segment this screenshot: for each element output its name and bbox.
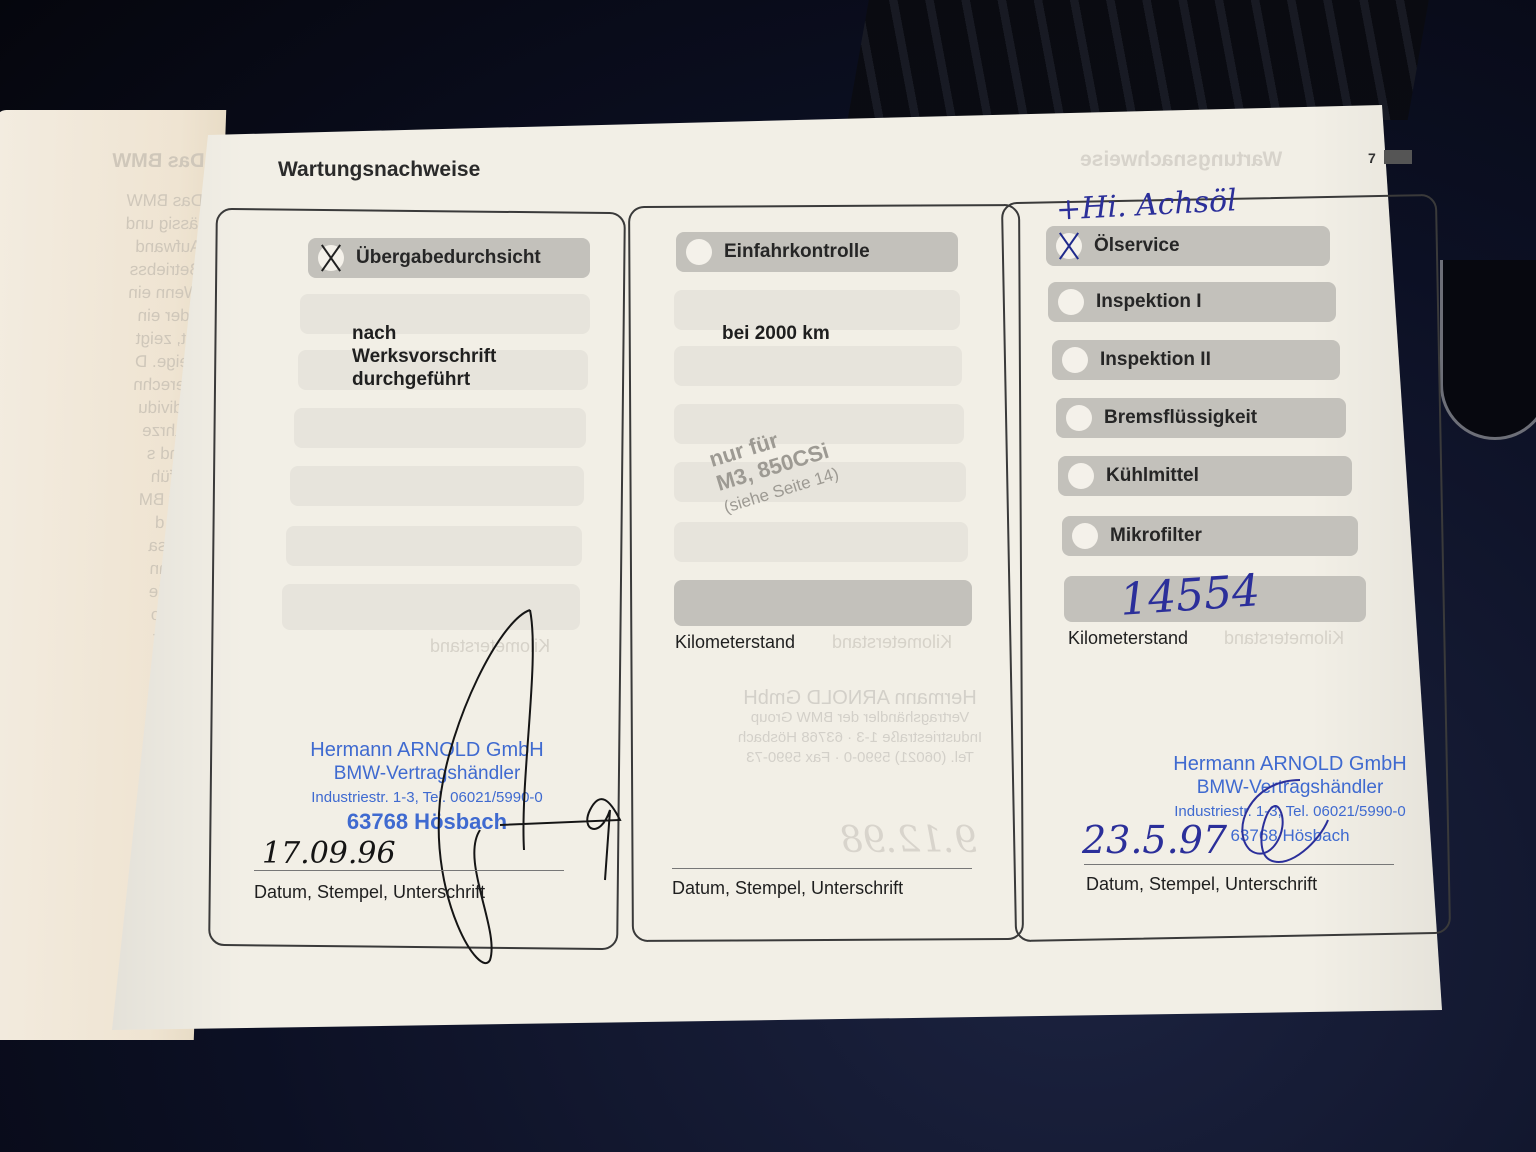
left-page-line: Das BMW: [23, 189, 204, 212]
card-2-note: bei 2000 km: [722, 322, 830, 345]
page-tab-marker: [1384, 150, 1412, 164]
ghost-dealer-stamp: Hermann ARNOLD GmbH Vertragshändler der …: [730, 688, 990, 768]
left-page-line: gefüh: [13, 465, 194, 488]
faint-item: [286, 526, 582, 566]
checklist-item-inspektion-1[interactable]: Inspektion I: [1048, 282, 1336, 322]
item-label: Einfahrkontrolle: [724, 241, 870, 263]
left-page-line: Fahrze: [15, 419, 196, 442]
card-1-note: nach Werksvorschrift durchgeführt: [352, 322, 496, 391]
checkbox-empty-icon[interactable]: [1066, 405, 1092, 431]
left-page-line: hat BM: [12, 488, 193, 511]
left-page-line: individu: [15, 396, 196, 419]
left-page-line: Betriebss: [20, 258, 201, 281]
item-label: Kühlmittel: [1106, 465, 1199, 487]
checklist-item-kuehlmittel[interactable]: Kühlmittel: [1058, 456, 1352, 496]
left-page-line: zeige. D: [17, 350, 198, 373]
checklist-item-oelservice[interactable]: Ölservice: [1046, 226, 1330, 266]
checkbox-empty-icon[interactable]: [1062, 347, 1088, 373]
signature-line: [1084, 864, 1394, 865]
mirrored-page-title: Wartungsnachweise: [1080, 148, 1282, 172]
mirrored-km-label: Kilometerstand: [1224, 628, 1344, 649]
signature-line: [254, 870, 564, 871]
signature-label-3: Datum, Stempel, Unterschrift: [1086, 874, 1317, 895]
car-vent-bezel: [1440, 260, 1536, 440]
item-label: Ölservice: [1094, 235, 1180, 257]
faint-item: [674, 346, 962, 386]
left-page-line: Berechn: [16, 373, 197, 396]
checkbox-checked-icon[interactable]: [1056, 233, 1082, 259]
item-label: Inspektion II: [1100, 349, 1211, 371]
signature-label-1: Datum, Stempel, Unterschrift: [254, 882, 485, 903]
faint-item: [674, 522, 968, 562]
signature-line: [672, 868, 972, 869]
checkbox-empty-icon[interactable]: [686, 239, 712, 265]
left-page-line: Aufwand: [21, 235, 202, 258]
left-page-line: ist, zeigt: [18, 327, 199, 350]
checkbox-empty-icon[interactable]: [1072, 523, 1098, 549]
signature-scribble-1: [420, 600, 630, 980]
item-label: Bremsflüssigkeit: [1104, 407, 1257, 429]
signature-label-2: Datum, Stempel, Unterschrift: [672, 878, 903, 899]
faint-item: [290, 466, 584, 506]
left-page-line: die d: [11, 511, 192, 534]
left-page-line: rend s: [14, 442, 195, 465]
km-label-2: Kilometerstand: [675, 632, 795, 653]
page-title: Wartungsnachweise: [278, 158, 480, 182]
checklist-item-uebergabedurchsicht[interactable]: Übergabedurchsicht: [308, 238, 590, 278]
left-page-line: oder ein: [19, 304, 200, 327]
signature-scribble-3: [1210, 770, 1330, 870]
left-page-line: lässig und: [22, 212, 203, 235]
page-number: 7: [1368, 150, 1376, 166]
km-label-3: Kilometerstand: [1068, 628, 1188, 649]
handwritten-km-value: 14554: [1118, 565, 1261, 626]
handwritten-date-1: 17.09.96: [262, 836, 396, 871]
checklist-item-inspektion-2[interactable]: Inspektion II: [1052, 340, 1340, 380]
faint-item: [294, 408, 586, 448]
item-label: Inspektion I: [1096, 291, 1202, 313]
ghost-date: 9.12.98: [840, 820, 977, 861]
left-page-line: Wenn ein: [19, 281, 200, 304]
checkbox-empty-icon[interactable]: [1068, 463, 1094, 489]
car-air-vent: [848, 0, 1433, 120]
left-page-title: Das BMW: [24, 150, 205, 173]
km-field-empty[interactable]: [674, 580, 972, 626]
checkbox-empty-icon[interactable]: [1058, 289, 1084, 315]
checklist-item-bremsfluessigkeit[interactable]: Bremsflüssigkeit: [1056, 398, 1346, 438]
mirrored-km-label: Kilometerstand: [832, 632, 952, 653]
handwritten-date-3: 23.5.97: [1082, 818, 1227, 862]
checklist-item-mikrofilter[interactable]: Mikrofilter: [1062, 516, 1358, 556]
item-label: Mikrofilter: [1110, 525, 1202, 547]
checklist-item-einfahrkontrolle[interactable]: Einfahrkontrolle: [676, 232, 958, 272]
item-label: Übergabedurchsicht: [356, 247, 541, 269]
checkbox-checked-icon[interactable]: [318, 245, 344, 271]
